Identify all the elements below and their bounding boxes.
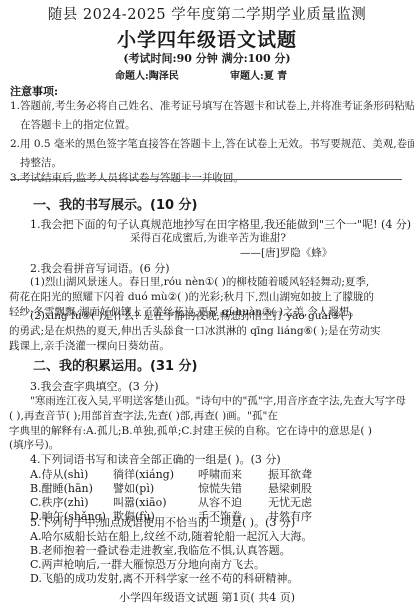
reviewer: 审题人:夏 青 <box>230 67 287 82</box>
divider <box>10 179 402 180</box>
q3-line: ( ),再查音节( );用部首查字法,先查( )部,再查( )画。"孤"在 <box>9 408 278 423</box>
q2-line: 践课上,亲手浇灌一棵向日葵幼苗。 <box>9 338 170 353</box>
author: 命题人:陶泽民 <box>115 67 179 82</box>
q2-line: 的勇武;是在炽热的夏天,伸出舌头舔食一口冰淇淋的 qīng liáng⑥( );… <box>9 323 381 338</box>
exam-header-title: 随县 2024-2025 学年度第二学期学业质量监测 <box>0 3 414 24</box>
page-footer: 小学四年级语文试题 第1页( 共4 页) <box>0 589 414 605</box>
q2-line: (2)xìng fú④( )是什么? 是在宁静的夜晚,畅想孙悟空打 yāo gu… <box>30 308 352 323</box>
note-item: 持整洁。 <box>20 155 62 170</box>
notes-heading: 注意事项: <box>10 83 58 99</box>
exam-main-title: 小学四年级语文试题 <box>0 25 414 52</box>
q3-line: 字典里的解释有:A.孤儿;B.单独,孤单;C.封建王侯的自称。它在诗中的意思是(… <box>9 423 372 438</box>
section-1-title: 一、我的书写展示。(10 分) <box>33 194 198 213</box>
q5-option: D.飞船的成功发射,离不开科学家一丝不苟的科研精神。 <box>30 570 298 586</box>
q3-line: (填序号)。 <box>9 437 59 452</box>
poem-line: 采得百花成蜜后,为谁辛苦为谁甜? <box>130 230 286 245</box>
note-item: 2.用 0.5 毫米的黑色签字笔直接答在答题卡上,答在试卷上无效。书写要规范、美… <box>10 136 414 151</box>
note-item: 在答题卡上的指定位置。 <box>20 117 136 132</box>
q3-line: "寒雨连江夜入吴,平明送客楚山孤。"诗句中的"孤"字,用音序查字法,先查大写字母 <box>30 393 406 408</box>
note-item: 3.考试结束后,监考人员将试卷与答题卡一并收回。 <box>10 170 244 185</box>
section-2-title: 二、我的积累运用。(31 分) <box>33 355 198 374</box>
note-item: 1.答题前,考生务必将自己姓名、准考证号填写在答题卡和试卷上,并将准考证条形码粘… <box>10 98 414 113</box>
q2-line: 荷花在阳光的照耀下闪着 duó mù②( )的光彩;秋月下,烈山湖宛如披上了朦胧… <box>9 289 374 304</box>
q2-line: (1)烈山湖风景迷人。春日里,róu nèn①( )的柳枝随着暖风轻轻舞动;夏季… <box>30 274 369 289</box>
exam-meta: (考试时间:90 分钟 满分:100 分) <box>0 50 414 66</box>
poem-source: ——[唐]罗隐《蜂》 <box>240 245 332 260</box>
question-3: 3.我会查字典填空。(3 分) <box>30 378 159 394</box>
question-4: 4.下列词语书写和读音全部正确的一组是( )。(3 分) <box>30 451 281 467</box>
